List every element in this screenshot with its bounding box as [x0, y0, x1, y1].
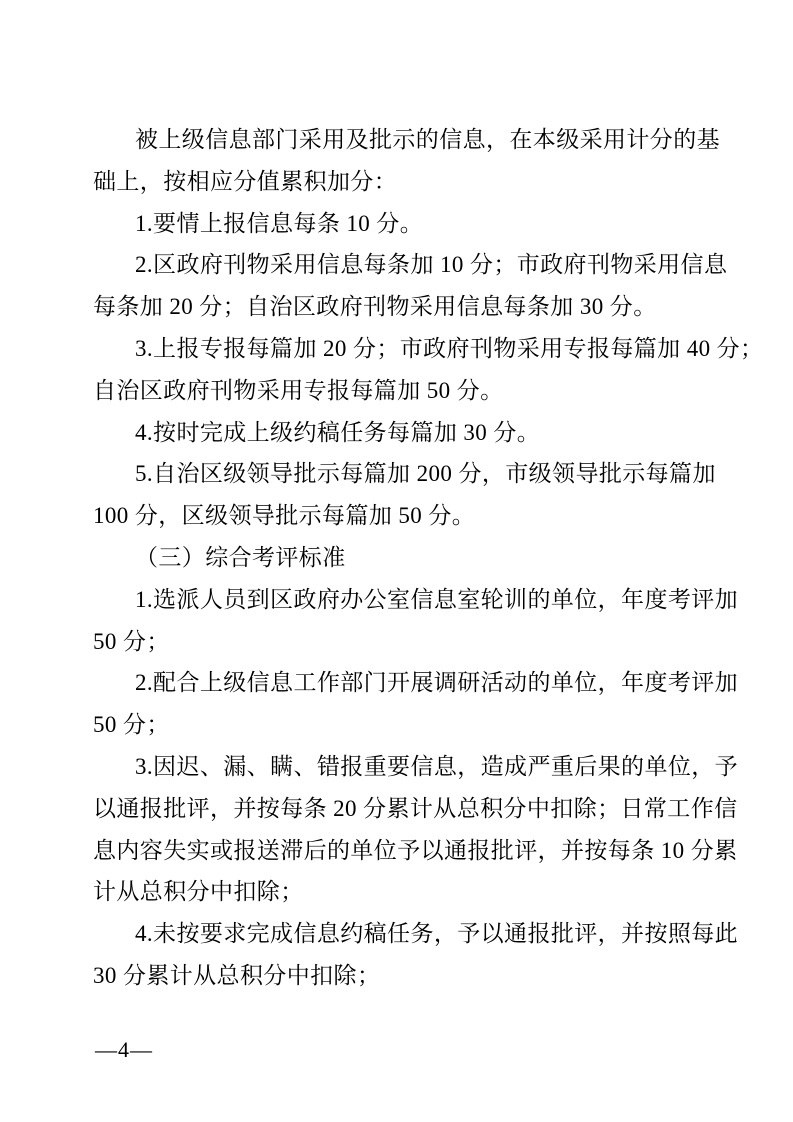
text-line: 础上，按相应分值累积加分： — [93, 161, 709, 203]
text-line: 计从总积分中扣除； — [93, 871, 709, 913]
document-page: 被上级信息部门采用及批示的信息，在本级采用计分的基 础上，按相应分值累积加分： … — [0, 0, 793, 1122]
text-line: 息内容失实或报送滞后的单位予以通报批评，并按每条 10 分累 — [93, 830, 709, 872]
text-line: 30 分累计从总积分中扣除； — [93, 955, 709, 997]
text-line: 1.要情上报信息每条 10 分。 — [93, 203, 709, 245]
text-line: 1.选派人员到区政府办公室信息室轮训的单位，年度考评加 — [93, 579, 709, 621]
text-line: 50 分； — [93, 704, 709, 746]
page-number: —4— — [95, 1036, 153, 1064]
text-line: 2.区政府刊物采用信息每条加 10 分；市政府刊物采用信息 — [93, 244, 709, 286]
text-line: 3.因迟、漏、瞒、错报重要信息，造成严重后果的单位，予 — [93, 746, 709, 788]
text-line: 4.未按要求完成信息约稿任务，予以通报批评，并按照每此 — [93, 913, 709, 955]
text-line: 每条加 20 分；自治区政府刊物采用信息每条加 30 分。 — [93, 286, 709, 328]
text-line: 50 分； — [93, 621, 709, 663]
text-line: 5.自治区级领导批示每篇加 200 分，市级领导批示每篇加 — [93, 453, 709, 495]
text-line: 被上级信息部门采用及批示的信息，在本级采用计分的基 — [93, 119, 709, 161]
text-line: 100 分，区级领导批示每篇加 50 分。 — [93, 495, 709, 537]
text-line: 4.按时完成上级约稿任务每篇加 30 分。 — [93, 412, 709, 454]
text-line: 2.配合上级信息工作部门开展调研活动的单位，年度考评加 — [93, 662, 709, 704]
document-body: 被上级信息部门采用及批示的信息，在本级采用计分的基 础上，按相应分值累积加分： … — [93, 119, 709, 997]
text-line: 以通报批评，并按每条 20 分累计从总积分中扣除；日常工作信 — [93, 788, 709, 830]
text-line: 自治区政府刊物采用专报每篇加 50 分。 — [93, 370, 709, 412]
section-heading: （三）综合考评标准 — [93, 537, 709, 579]
text-line: 3.上报专报每篇加 20 分；市政府刊物采用专报每篇加 40 分； — [93, 328, 709, 370]
